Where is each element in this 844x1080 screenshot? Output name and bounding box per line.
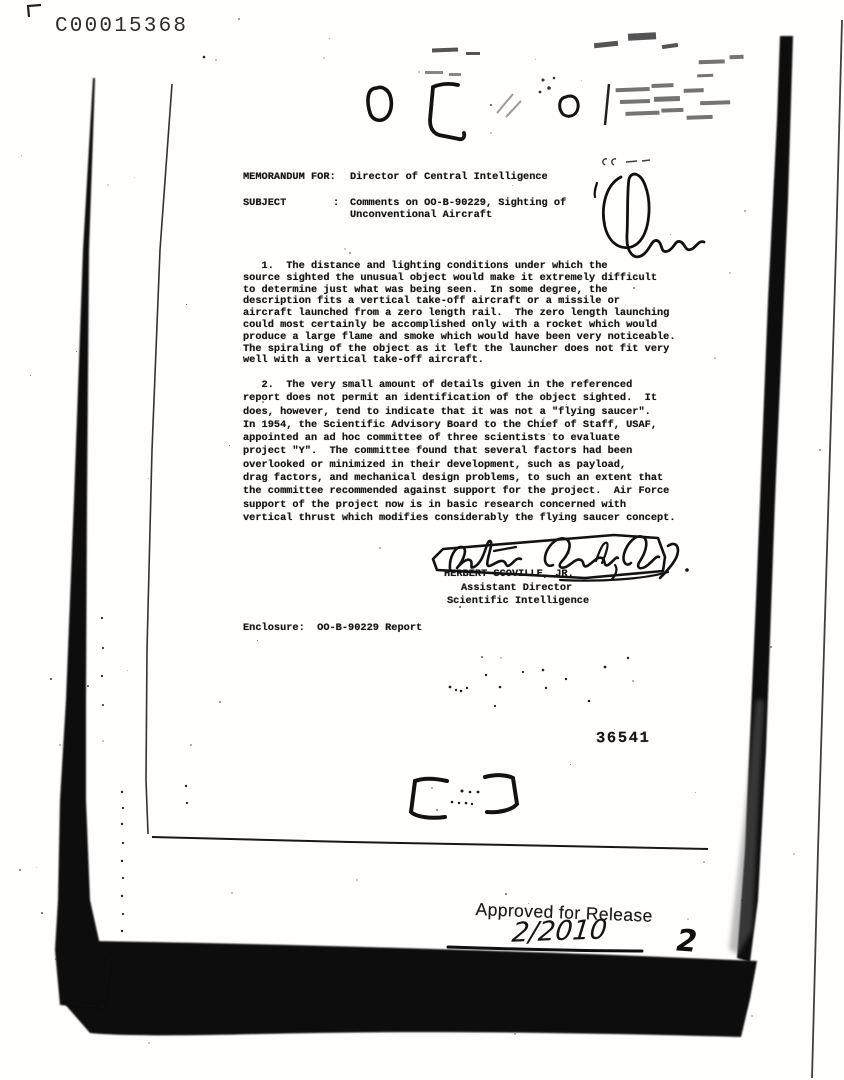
inner-page-left-edge	[146, 84, 172, 834]
scan-speck	[481, 656, 483, 658]
scan-speck	[570, 764, 571, 765]
scan-speck	[19, 869, 21, 871]
scan-speck	[633, 287, 635, 289]
scan-speck	[190, 744, 192, 746]
scan-speck	[148, 1042, 150, 1044]
cc-marks	[603, 159, 650, 165]
scan-speck	[535, 59, 536, 60]
scan-speck	[59, 744, 61, 746]
scan-speck	[580, 1017, 582, 1019]
subject-value-line2: Unconventional Aircraft	[350, 210, 492, 222]
scan-speck	[436, 809, 438, 811]
scan-speck	[568, 552, 570, 554]
small-o-mark	[560, 96, 579, 116]
scan-speck	[229, 445, 230, 446]
typed-line: vertical thrust which modifies considera…	[243, 512, 676, 525]
scan-speck	[257, 640, 258, 641]
scan-speck	[514, 1033, 516, 1035]
corner-tick-mark	[28, 5, 41, 17]
scan-speck	[21, 155, 22, 156]
circled-o-mark	[368, 87, 391, 120]
subject-separator: :	[333, 198, 339, 210]
typed-line: In 1954, the Scientific Advisory Board t…	[243, 419, 676, 432]
scan-speck	[490, 104, 492, 106]
scan-left-edge	[55, 78, 112, 1008]
scan-speck	[379, 547, 381, 549]
scan-speck	[41, 912, 43, 914]
scan-speck	[444, 988, 445, 989]
scan-artifact-layer	[0, 0, 844, 1080]
scan-speck	[687, 918, 689, 920]
handwritten-page-number: 2	[672, 923, 701, 959]
inner-page-bottom-edge	[152, 837, 708, 849]
scan-speck	[30, 375, 31, 376]
enclosure-line: Enclosure: OO-B-90229 Report	[243, 623, 422, 635]
scan-speck	[36, 867, 37, 868]
scan-speck	[632, 680, 634, 682]
scan-speck	[336, 275, 337, 276]
signer-title-1: Assistant Director	[461, 583, 572, 595]
paragraph-1: 1. The distance and lighting conditions …	[243, 261, 676, 367]
scan-speck	[751, 1015, 753, 1017]
scan-speck	[695, 792, 696, 793]
scan-speck	[506, 777, 507, 778]
typed-line: source sighted the unusual object would …	[243, 273, 676, 285]
scan-right-fuzz	[729, 700, 764, 955]
scan-speck	[352, 972, 354, 974]
scan-speck	[500, 657, 502, 659]
scan-speck	[87, 685, 89, 687]
scan-speck	[329, 38, 330, 39]
scan-speck	[219, 701, 221, 703]
typed-line: does, however, tend to indicate that it …	[243, 406, 676, 419]
scan-speck	[356, 879, 358, 881]
smudge-dots	[539, 77, 556, 94]
scan-speck	[102, 740, 104, 742]
scan-speck	[774, 180, 776, 182]
bracket-mark-top	[430, 84, 464, 139]
typed-line: support of the project now is in basic r…	[243, 499, 676, 512]
scan-speck	[349, 252, 351, 254]
scan-speck	[459, 606, 461, 608]
bracket-pair-mark	[411, 775, 517, 818]
typed-line: appointed an ad hoc committee of three s…	[243, 432, 676, 445]
scan-speck	[323, 57, 325, 59]
scan-speck	[134, 177, 135, 178]
scan-bottom-band	[63, 941, 757, 1037]
release-date-underline	[448, 947, 642, 951]
scan-speck	[418, 71, 420, 73]
bracket-inner-dots	[451, 790, 480, 806]
subject-label: SUBJECT	[243, 198, 286, 210]
typed-line: report does not permit an identification…	[243, 392, 676, 405]
scan-speck	[703, 861, 705, 863]
typed-line: overlooked or minimized in their develop…	[243, 459, 676, 472]
scan-speck	[231, 892, 233, 894]
memo-for-value: Director of Central Intelligence	[350, 172, 548, 184]
smudge-ticks	[497, 94, 521, 117]
signer-title-2: Scientific Intelligence	[447, 596, 589, 608]
typed-line: 2. The very small amount of details give…	[243, 379, 676, 392]
scan-speck	[344, 248, 346, 250]
top-smudge-cluster	[425, 32, 678, 76]
scanned-memo-page: C00015368 MEMORANDUM FOR: Director of Ce…	[0, 0, 844, 1080]
scan-speck	[186, 304, 187, 305]
scan-speck	[741, 900, 742, 901]
typed-line: well with a vertical take-off aircraft.	[243, 355, 676, 367]
typed-line: produce a large flame and smoke which wo…	[243, 332, 676, 344]
typed-line: project "Y". The committee found that se…	[243, 445, 676, 458]
scan-speck	[55, 958, 57, 960]
scan-speck	[793, 853, 795, 855]
signer-name: HERBERT SCOVILLE, JR.	[444, 569, 574, 581]
document-id: C00015368	[55, 15, 188, 38]
scan-right-edge	[737, 36, 793, 962]
scan-speck	[431, 787, 433, 789]
scan-speck	[50, 678, 52, 680]
typed-line: the committee recommended against suppor…	[243, 485, 676, 498]
scan-speck	[714, 357, 716, 359]
scan-speck	[462, 213, 464, 215]
scan-speck	[744, 210, 746, 212]
scan-speck	[215, 59, 217, 61]
scan-speck	[729, 272, 731, 274]
scan-speck	[475, 588, 476, 589]
page-edge-line-right	[812, 20, 842, 1078]
stamp-remnant-line	[605, 84, 609, 125]
scan-speck	[505, 893, 507, 895]
scan-speck	[438, 319, 439, 320]
memo-for-label: MEMORANDUM FOR:	[243, 172, 336, 184]
scan-speck	[428, 969, 430, 971]
scan-speck	[355, 1001, 357, 1003]
scan-speck	[581, 80, 582, 81]
scan-speck	[238, 18, 240, 20]
scan-speck	[553, 383, 555, 385]
reference-number-stamp: 36541	[596, 733, 651, 745]
scan-speck	[126, 993, 127, 994]
scan-speck	[65, 954, 66, 955]
scan-speck	[76, 351, 77, 352]
scan-speck	[107, 184, 109, 186]
typed-line: drag factors, and mechanical design prob…	[243, 472, 676, 485]
scan-speck	[369, 1007, 371, 1009]
margin-scrawl	[595, 174, 704, 257]
scan-speck	[127, 670, 128, 671]
scan-speck	[512, 185, 513, 186]
paragraph-2: 2. The very small amount of details give…	[243, 379, 676, 525]
scan-speck	[148, 478, 149, 479]
handwritten-release-date: 2/2010	[510, 914, 608, 948]
scan-speck	[670, 234, 671, 235]
scan-speck	[490, 132, 492, 134]
scan-speck	[543, 417, 545, 419]
scan-speck	[819, 449, 821, 451]
scan-speck	[770, 646, 772, 648]
stamp-remnant-dashes	[615, 55, 746, 122]
typed-line: could most certainly be accomplished onl…	[243, 320, 676, 332]
